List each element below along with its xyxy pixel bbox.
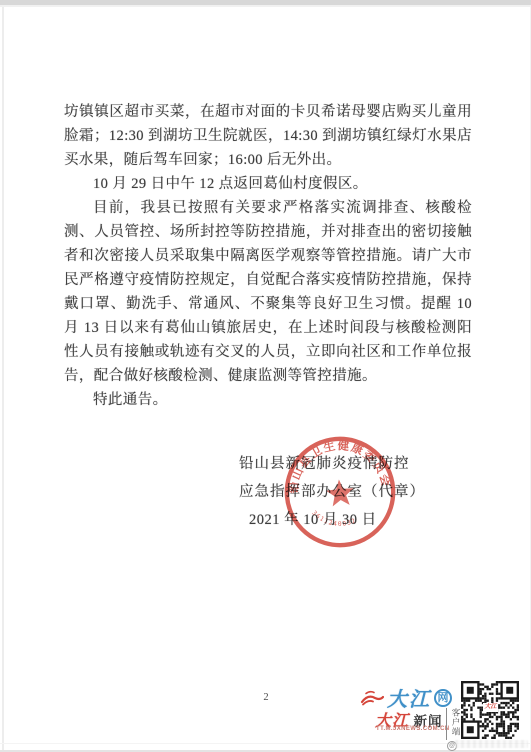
paragraph-control-measures: 目前，我县已按照有关要求严格落实流调排查、核酸检测、人员管控、场所封控等防控措施… [64, 196, 472, 388]
faint-caption-strip [455, 740, 528, 748]
page-edge-top-shadow [0, 5, 531, 7]
paragraph-trajectory-continued: 坊镇镇区超市买菜，在超市对面的卡贝希诺母婴店购买儿童用脸霜；12:30 到湖坊卫… [64, 100, 472, 172]
issuer-line-2: 应急指挥部办公室（代章） [239, 478, 439, 506]
page-number: 2 [258, 692, 274, 703]
paragraph-closing: 特此通告。 [64, 388, 472, 412]
client-app-label: 客户端 [446, 708, 462, 740]
qr-center-label: 大江 [483, 703, 498, 712]
globe-net-icon: 网 [434, 689, 452, 707]
footer-brand-block: 大江 网 大江 新闻 TT.M.JXNEWS.COM.CN 客户端 @ 大江 [360, 680, 531, 752]
wave-logo-icon [360, 689, 384, 706]
page-edge-left [2, 7, 4, 752]
issuer-line-1: 铅山县新冠肺炎疫情防控 [239, 450, 439, 478]
notice-body: 坊镇镇区超市买菜，在超市对面的卡贝希诺母婴店购买儿童用脸霜；12:30 到湖坊卫… [64, 100, 472, 412]
signature-block: 铅山县新冠肺炎疫情防控 应急指挥部办公室（代章） 2021 年 10 月 30 … [239, 450, 439, 534]
scanned-notice-page: 坊镇镇区超市买菜，在超市对面的卡贝希诺母婴店购买儿童用脸霜；12:30 到湖坊卫… [0, 0, 531, 752]
paragraph-return-date: 10 月 29 日中午 12 点返回葛仙村度假区。 [64, 172, 472, 196]
issue-date: 2021 年 10 月 30 日 [239, 506, 439, 534]
news-site-url: TT.M.JXNEWS.COM.CN [376, 726, 450, 732]
